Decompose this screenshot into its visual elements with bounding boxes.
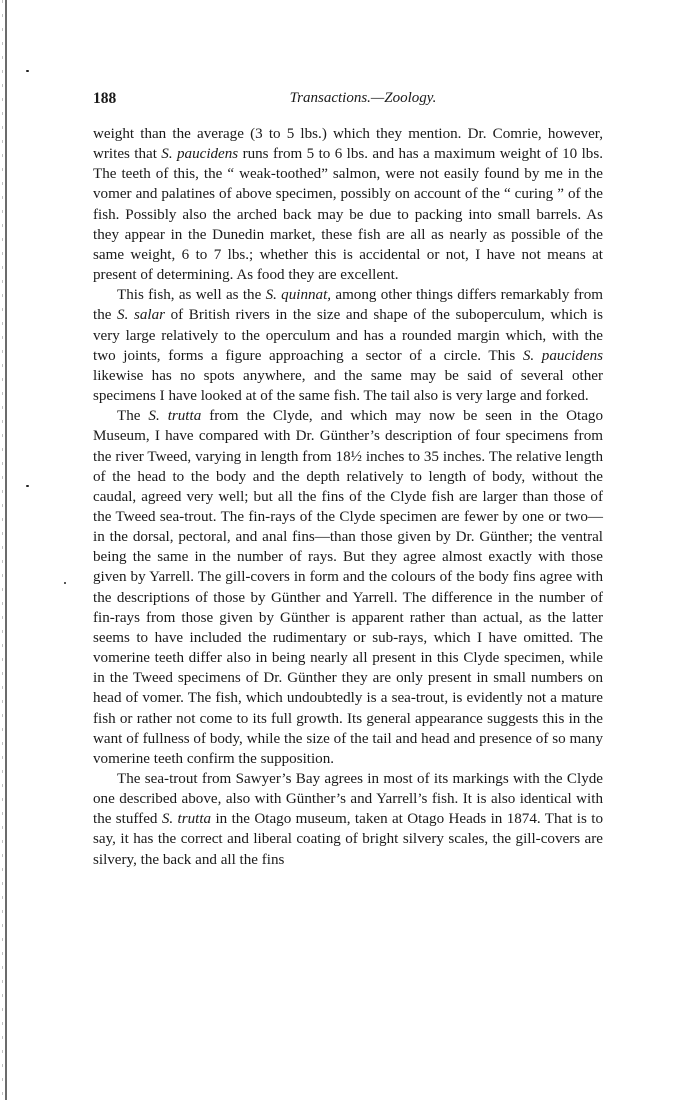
paragraph: weight than the average (3 to 5 lbs.) wh… [93,124,603,285]
species-name: S. trutta [162,811,211,827]
species-name: S. salar [117,307,165,323]
scan-binding-edge [5,0,7,1100]
species-name: S. trutta [148,408,201,424]
species-name: S. paucidens [523,348,603,364]
text-run: runs from 5 to 6 lbs. and has a maximum … [93,146,603,283]
scan-speck [26,70,29,72]
paragraph: This fish, as well as the S. quinnat, am… [93,285,603,406]
text-run: from the Clyde, and which may now be see… [93,408,603,767]
species-name: S. quinnat, [266,287,332,303]
page-header: 188 Transactions.—Zoology. [93,90,603,112]
text-run: This fish, as well as the [117,287,266,303]
scan-edge-noise [2,0,3,1100]
text-run: likewise has no spots anywhere, and the … [93,368,603,404]
paragraph: The S. trutta from the Clyde, and which … [93,406,603,769]
text-run: The [117,408,148,424]
scan-speck [26,485,29,487]
body-text: weight than the average (3 to 5 lbs.) wh… [93,124,603,870]
running-head: Transactions.—Zoology. [93,90,603,107]
scan-speck [64,582,66,584]
paragraph: The sea-trout from Sawyer’s Bay agrees i… [93,769,603,870]
species-name: S. paucidens [161,146,238,162]
